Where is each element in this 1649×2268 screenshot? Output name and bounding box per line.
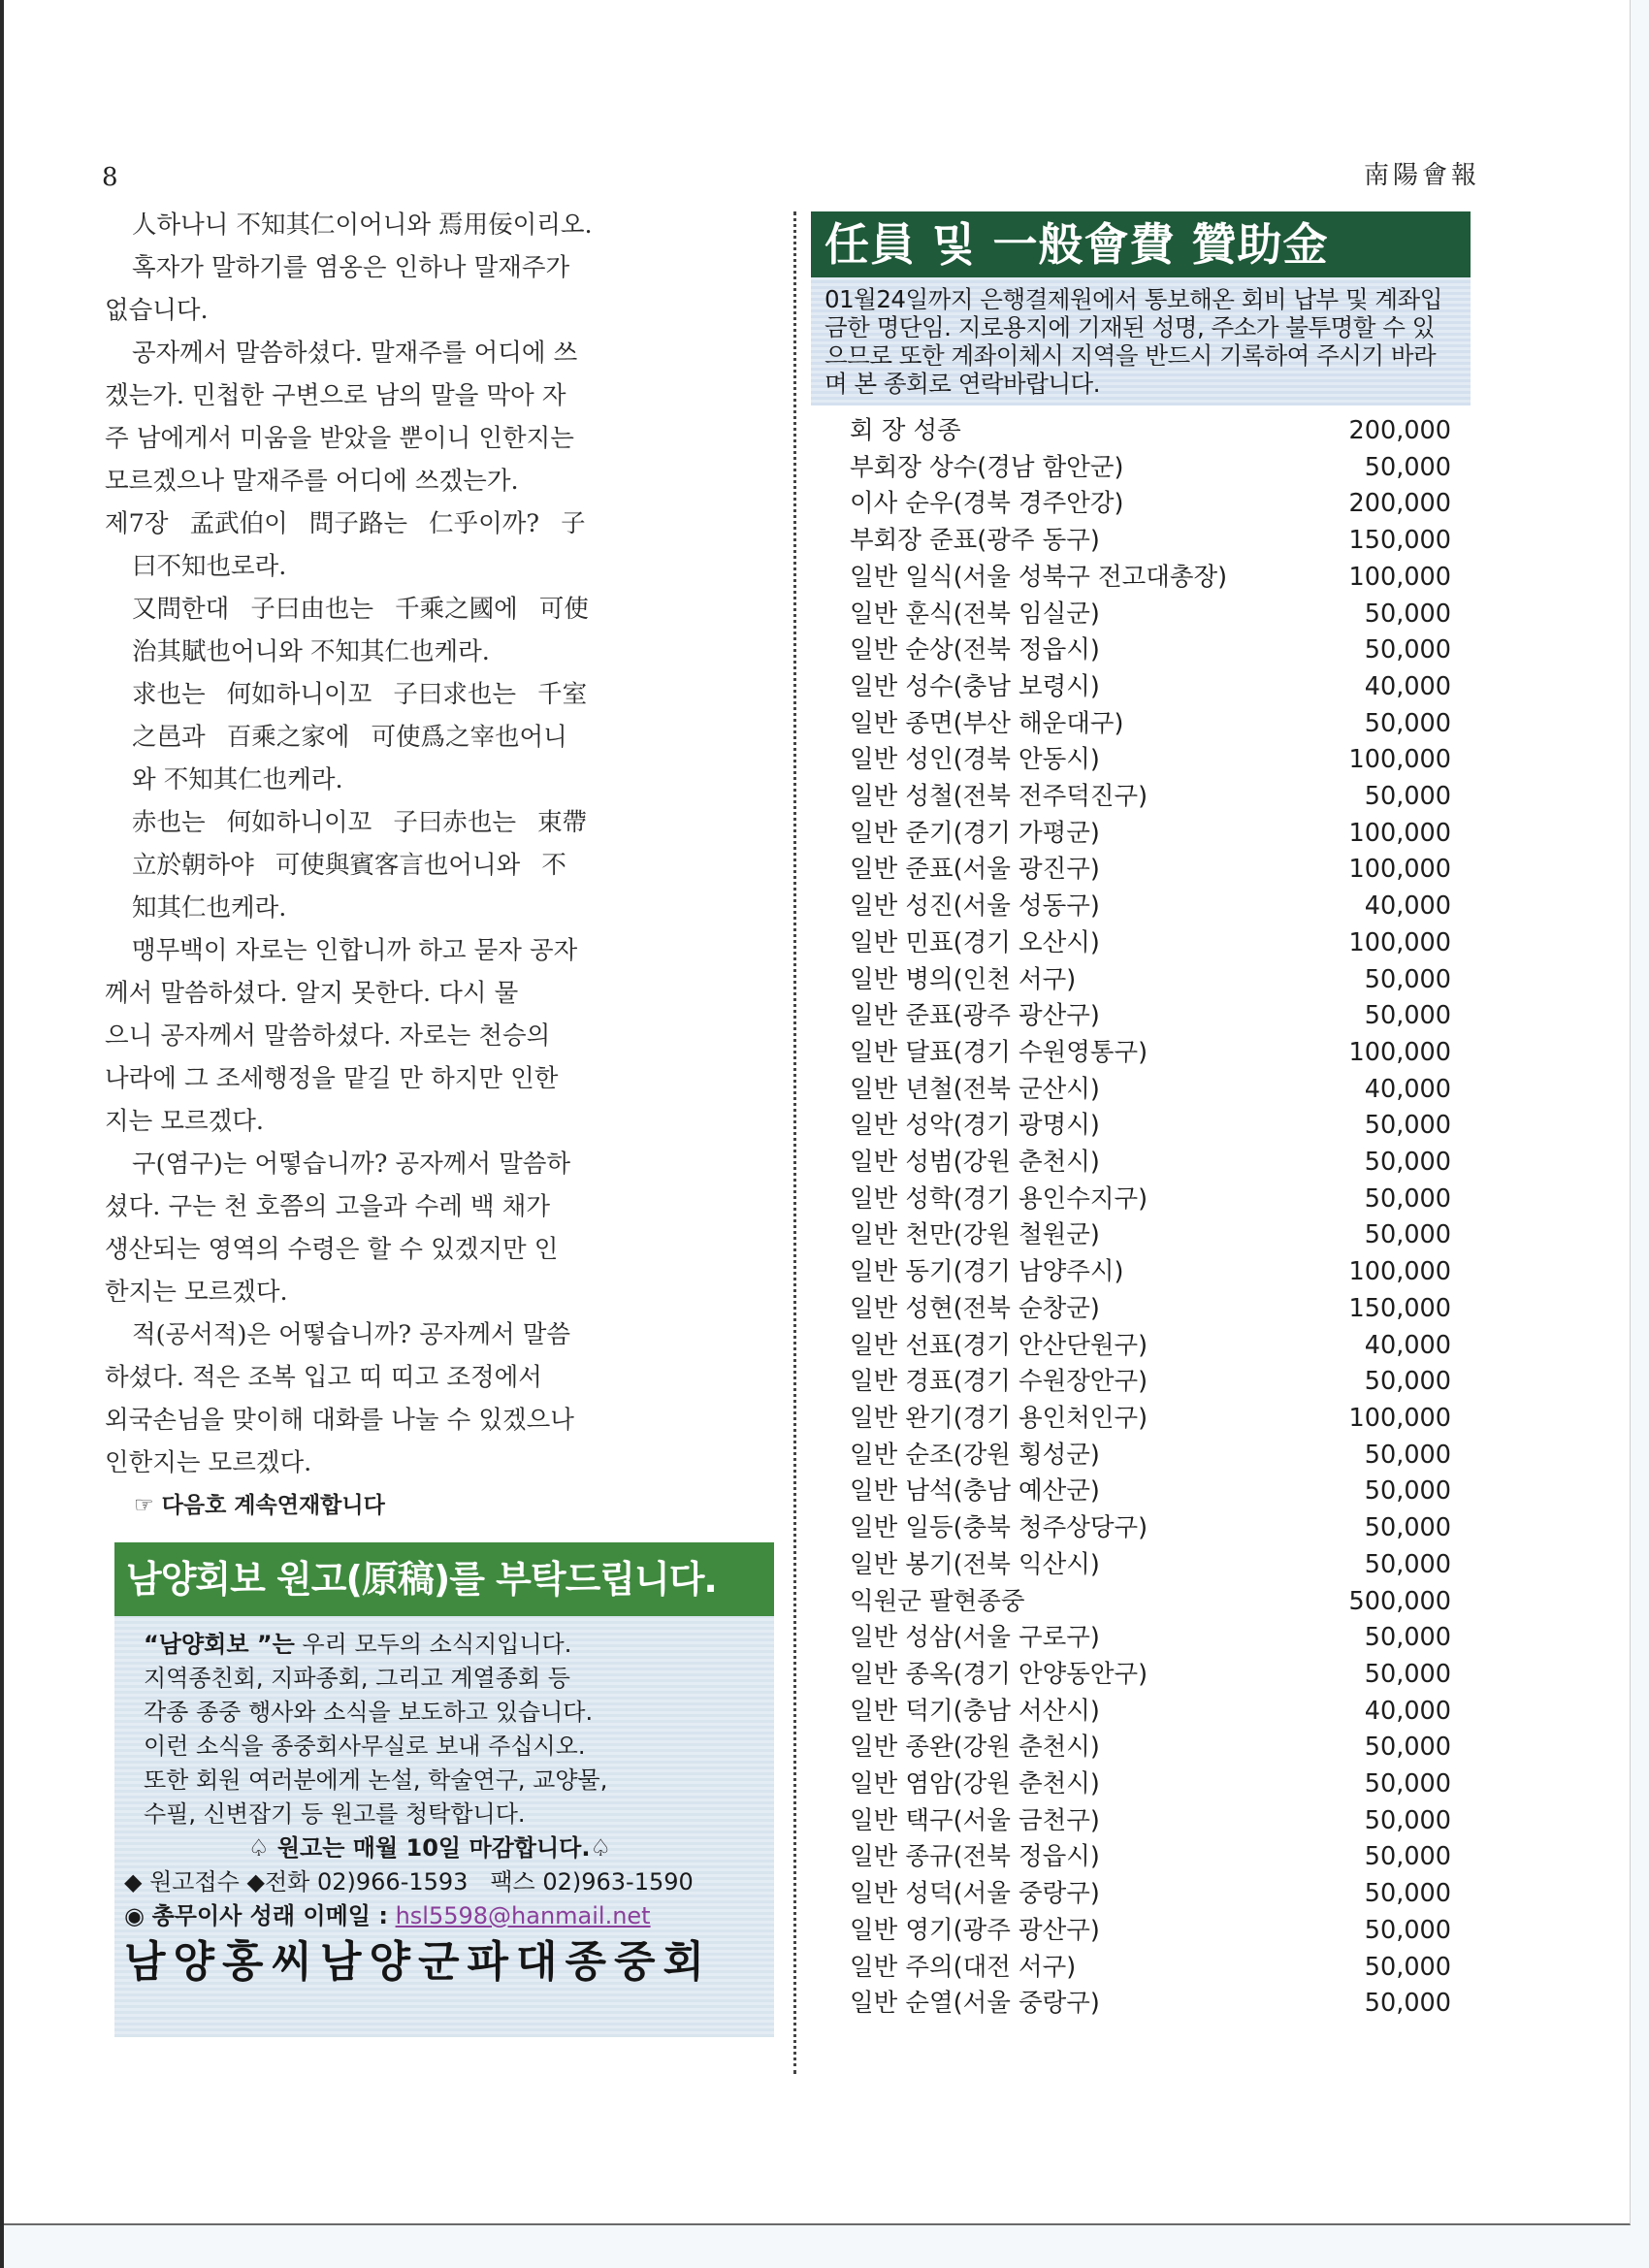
donor-amount: 150,000 — [1349, 523, 1451, 560]
article-line: 求也는 何如하니이꼬 子曰求也는 千室 — [105, 673, 764, 716]
article-line: 曰不知也로라. — [105, 545, 764, 588]
donor-amount: 100,000 — [1349, 1035, 1451, 1072]
donor-name: 일반 종옥(경기 안양동안구) — [850, 1657, 1148, 1694]
donor-name: 일반 성현(전북 순창군) — [850, 1291, 1100, 1328]
donor-amount: 50,000 — [1365, 779, 1451, 816]
donor-row: 일반 일등(충북 청주상당구)50,000 — [850, 1510, 1451, 1547]
donor-row: 일반 준기(경기 가평군)100,000 — [850, 816, 1451, 853]
donor-row: 일반 봉기(전북 익산시)50,000 — [850, 1547, 1451, 1584]
donor-row: 일반 준표(서울 광진구)100,000 — [850, 852, 1451, 889]
organization-name: 남양홍씨남양군파대종중회 — [124, 1933, 764, 1992]
donor-amount: 40,000 — [1365, 1072, 1451, 1109]
phone-label: 전화 — [265, 1868, 309, 1895]
fax-label: 팩스 — [490, 1868, 534, 1895]
continue-note-text: 다음호 계속연재합니다 — [162, 1493, 385, 1518]
ad-lead-rest: 우리 모두의 소식지입니다. — [295, 1631, 572, 1658]
donor-amount: 50,000 — [1365, 1730, 1451, 1766]
donor-name: 일반 종완(강원 춘천시) — [850, 1730, 1100, 1766]
newsletter-page: 8 南陽會報 人하나니 不知其仁이어니와 焉用佞이리오.혹자가 말하기를 염옹은… — [0, 0, 1631, 2225]
donor-amount: 50,000 — [1365, 1364, 1451, 1401]
donor-row: 일반 성삼(서울 구로구)50,000 — [850, 1620, 1451, 1657]
ad-lead-bold: “남양회보 ”는 — [144, 1631, 295, 1658]
donor-amount: 50,000 — [1365, 597, 1451, 633]
article-line: 한지는 모르겠다. — [105, 1271, 764, 1313]
article-line: 께서 말씀하셨다. 알지 못한다. 다시 물 — [105, 972, 764, 1015]
donor-amount: 50,000 — [1365, 1950, 1451, 1987]
ad-line: 각종 종중 행사와 소식을 보도하고 있습니다. — [144, 1696, 764, 1730]
donor-row: 일반 종규(전북 정읍시)50,000 — [850, 1839, 1451, 1876]
donor-name: 일반 동기(경기 남양주시) — [850, 1254, 1123, 1291]
donor-amount: 100,000 — [1349, 852, 1451, 889]
donor-amount: 50,000 — [1365, 632, 1451, 669]
donor-row: 회 장 성종200,000 — [850, 413, 1451, 450]
donor-name: 일반 완기(경기 용인처인구) — [850, 1401, 1148, 1438]
donor-amount: 50,000 — [1365, 1145, 1451, 1182]
donor-name: 일반 성삼(서울 구로구) — [850, 1620, 1100, 1657]
article-line: 人하나니 不知其仁이어니와 焉用佞이리오. — [105, 204, 764, 246]
email-label: 총무이사 성래 이메일 : — [152, 1902, 388, 1929]
donation-title: 任員 및 一般會費 贊助金 — [811, 211, 1471, 277]
donor-row: 일반 병의(인천 서구)50,000 — [850, 962, 1451, 999]
article-line: 외국손님을 맞이해 대화를 나눌 수 있겠으나 — [105, 1399, 764, 1442]
article-line: 공자께서 말씀하셨다. 말재주를 어디에 쓰 — [105, 332, 764, 374]
ad-lead: “남양회보 ”는 우리 모두의 소식지입니다. — [144, 1628, 764, 1662]
donor-name: 일반 준표(서울 광진구) — [850, 852, 1100, 889]
article-line: 맹무백이 자로는 인합니까 하고 묻자 공자 — [105, 929, 764, 972]
spade-icon: ♤ — [248, 1834, 270, 1862]
donor-name: 일반 성수(충남 보령시) — [850, 669, 1100, 706]
donor-row: 일반 택구(서울 금천구)50,000 — [850, 1803, 1451, 1840]
page-number: 8 — [102, 163, 118, 192]
donor-name: 일반 성덕(서울 중랑구) — [850, 1876, 1100, 1913]
donor-name: 부회장 상수(경남 함안군) — [850, 450, 1123, 487]
article-line: 立於朝하야 可使與賓客言也어니와 不 — [105, 844, 764, 887]
donor-amount: 50,000 — [1365, 1620, 1451, 1657]
article-line: 治其賦也어니와 不知其仁也케라. — [105, 631, 764, 673]
donor-name: 일반 순열(서울 중랑구) — [850, 1986, 1100, 2023]
donor-name: 이사 순우(경북 경주안강) — [850, 486, 1123, 523]
donor-amount: 50,000 — [1365, 1876, 1451, 1913]
donor-row: 일반 순상(전북 정읍시)50,000 — [850, 632, 1451, 669]
donor-amount: 150,000 — [1349, 1291, 1451, 1328]
donor-row: 일반 일식(서울 성북구 전고대총장)100,000 — [850, 560, 1451, 597]
ad-contact: ◆ 원고접수 ◆전화 02)966-1593 팩스 02)963-1590 — [124, 1865, 764, 1899]
donor-name: 일반 택구(서울 금천구) — [850, 1803, 1100, 1840]
article-column: 人하나니 不知其仁이어니와 焉用佞이리오.혹자가 말하기를 염옹은 인하나 말재… — [105, 204, 764, 1527]
ad-line: 이런 소식을 종중회사무실로 보내 주십시오. — [144, 1730, 764, 1764]
article-line: 으니 공자께서 말씀하셨다. 자로는 천승의 — [105, 1015, 764, 1057]
donor-row: 일반 영기(광주 광산구)50,000 — [850, 1913, 1451, 1950]
article-line: 모르겠으나 말재주를 어디에 쓰겠는가. — [105, 460, 764, 502]
donor-row: 일반 순열(서울 중랑구)50,000 — [850, 1986, 1451, 2023]
donor-name: 일반 일등(충북 청주상당구) — [850, 1510, 1148, 1547]
donor-name: 일반 덕기(충남 서산시) — [850, 1694, 1100, 1731]
continue-note: ☞ 다음호 계속연재합니다 — [105, 1484, 764, 1527]
donor-name: 일반 경표(경기 수원장안구) — [850, 1364, 1148, 1401]
donor-name: 일반 영기(광주 광산구) — [850, 1913, 1100, 1950]
donor-amount: 50,000 — [1365, 1803, 1451, 1840]
donor-name: 일반 훈식(전북 임실군) — [850, 597, 1100, 633]
article-line: 주 남에게서 미움을 받았을 뿐이니 인한지는 — [105, 417, 764, 460]
donation-notice: 01월24일까지 은행결제원에서 통보해온 회비 납부 및 계좌입금한 명단임.… — [811, 277, 1471, 405]
article-line: 겠는가. 민첩한 구변으로 남의 말을 막아 자 — [105, 374, 764, 417]
donor-row: 일반 성범(강원 춘천시)50,000 — [850, 1145, 1451, 1182]
donor-row: 일반 준표(광주 광산구)50,000 — [850, 998, 1451, 1035]
pointing-hand-icon: ☞ — [134, 1493, 154, 1518]
article-line: 지는 모르겠다. — [105, 1100, 764, 1143]
donor-amount: 50,000 — [1365, 1108, 1451, 1145]
donor-row: 일반 종면(부산 해운대구)50,000 — [850, 706, 1451, 743]
donor-row: 일반 성학(경기 용인수지구)50,000 — [850, 1182, 1451, 1218]
ad-line: 지역종친회, 지파종회, 그리고 계열종회 등 — [144, 1662, 764, 1696]
donor-amount: 50,000 — [1365, 1986, 1451, 2023]
donor-name: 일반 성진(서울 성동구) — [850, 889, 1100, 925]
donor-amount: 200,000 — [1349, 413, 1451, 450]
donor-amount: 50,000 — [1365, 450, 1451, 487]
donor-name: 일반 성인(경북 안동시) — [850, 742, 1100, 779]
donor-amount: 50,000 — [1365, 1839, 1451, 1876]
article-line: 인한지는 모르겠다. — [105, 1442, 764, 1484]
donor-amount: 50,000 — [1365, 1510, 1451, 1547]
donor-name: 일반 병의(인천 서구) — [850, 962, 1076, 999]
column-divider — [793, 211, 796, 2074]
article-line: 하셨다. 적은 조복 입고 띠 띠고 조정에서 — [105, 1356, 764, 1399]
donor-row: 일반 순조(강원 횡성군)50,000 — [850, 1438, 1451, 1474]
article-line: 제7장 孟武伯이 問子路는 仁乎이까? 子 — [105, 502, 764, 545]
donor-row: 일반 종옥(경기 안양동안구)50,000 — [850, 1657, 1451, 1694]
donor-row: 익원군 팔현종중500,000 — [850, 1584, 1451, 1621]
article-line: 나라에 그 조세행정을 맡길 만 하지만 인한 — [105, 1057, 764, 1100]
ad-body: “남양회보 ”는 우리 모두의 소식지입니다. 지역종친회, 지파종회, 그리고… — [114, 1616, 774, 1992]
article-line: 없습니다. — [105, 289, 764, 332]
donor-amount: 50,000 — [1365, 1182, 1451, 1218]
donor-name: 일반 봉기(전북 익산시) — [850, 1547, 1100, 1584]
donor-row: 일반 성수(충남 보령시)40,000 — [850, 669, 1451, 706]
donor-amount: 50,000 — [1365, 1438, 1451, 1474]
diamond-icon: ◆ — [124, 1868, 142, 1895]
donor-amount: 40,000 — [1365, 1694, 1451, 1731]
bullseye-icon: ◉ — [124, 1902, 145, 1929]
donor-amount: 50,000 — [1365, 1547, 1451, 1584]
donor-row: 이사 순우(경북 경주안강)200,000 — [850, 486, 1451, 523]
donor-amount: 100,000 — [1349, 1254, 1451, 1291]
donor-row: 일반 성철(전북 전주덕진구)50,000 — [850, 779, 1451, 816]
donor-amount: 100,000 — [1349, 742, 1451, 779]
donor-name: 일반 일식(서울 성북구 전고대총장) — [850, 560, 1227, 597]
donor-row: 일반 염암(강원 춘천시)50,000 — [850, 1766, 1451, 1803]
donor-name: 익원군 팔현종중 — [850, 1584, 1025, 1621]
donor-row: 일반 훈식(전북 임실군)50,000 — [850, 597, 1451, 633]
donor-row: 일반 남석(충남 예산군)50,000 — [850, 1474, 1451, 1510]
donor-amount: 50,000 — [1365, 1217, 1451, 1254]
donor-amount: 50,000 — [1365, 1657, 1451, 1694]
email-link[interactable]: hsl5598@hanmail.net — [396, 1902, 651, 1929]
donor-name: 일반 성범(강원 춘천시) — [850, 1145, 1100, 1182]
donor-row: 일반 년철(전북 군산시)40,000 — [850, 1072, 1451, 1109]
article-line: 之邑과 百乘之家에 可使爲之宰也어니 — [105, 716, 764, 759]
phone-number: 02)966-1593 — [317, 1868, 468, 1895]
donor-name: 일반 염암(강원 춘천시) — [850, 1766, 1100, 1803]
donor-name: 일반 성학(경기 용인수지구) — [850, 1182, 1148, 1218]
ad-deadline: ♤ 원고는 매월 10일 마감합니다.♤ — [144, 1831, 764, 1865]
article-body: 人하나니 不知其仁이어니와 焉用佞이리오.혹자가 말하기를 염옹은 인하나 말재… — [105, 204, 764, 1484]
donor-name: 일반 주의(대전 서구) — [850, 1950, 1076, 1987]
manuscript-request-box: 남양회보 원고(原稿)를 부탁드립니다. “남양회보 ”는 우리 모두의 소식지… — [114, 1542, 774, 2037]
donor-name: 일반 준기(경기 가평군) — [850, 816, 1100, 853]
donor-amount: 50,000 — [1365, 1913, 1451, 1950]
donor-row: 일반 성진(서울 성동구)40,000 — [850, 889, 1451, 925]
donor-row: 일반 성현(전북 순창군)150,000 — [850, 1291, 1451, 1328]
article-line: 적(공서적)은 어떻습니까? 공자께서 말씀 — [105, 1313, 764, 1356]
donor-row: 부회장 준표(광주 동구)150,000 — [850, 523, 1451, 560]
scan-edge — [0, 0, 4, 2268]
donor-row: 일반 덕기(충남 서산시)40,000 — [850, 1694, 1451, 1731]
donor-amount: 50,000 — [1365, 1766, 1451, 1803]
donor-amount: 40,000 — [1365, 1328, 1451, 1365]
ad-email-line: ◉ 총무이사 성래 이메일 : hsl5598@hanmail.net — [124, 1899, 764, 1933]
article-line: 구(염구)는 어떻습니까? 공자께서 말씀하 — [105, 1143, 764, 1185]
donor-row: 일반 성인(경북 안동시)100,000 — [850, 742, 1451, 779]
donor-row: 일반 종완(강원 춘천시)50,000 — [850, 1730, 1451, 1766]
donor-amount: 50,000 — [1365, 706, 1451, 743]
donor-amount: 50,000 — [1365, 998, 1451, 1035]
donor-name: 일반 준표(광주 광산구) — [850, 998, 1100, 1035]
donor-row: 일반 민표(경기 오산시)100,000 — [850, 925, 1451, 962]
ad-line: 수필, 신변잡기 등 원고를 청탁합니다. — [144, 1798, 764, 1831]
donor-name: 일반 민표(경기 오산시) — [850, 925, 1100, 962]
donor-amount: 100,000 — [1349, 925, 1451, 962]
donor-name: 일반 선표(경기 안산단원구) — [850, 1328, 1148, 1365]
article-line: 혹자가 말하기를 염옹은 인하나 말재주가 — [105, 246, 764, 289]
fax-number: 02)963-1590 — [542, 1868, 693, 1895]
donor-amount: 40,000 — [1365, 889, 1451, 925]
article-line: 知其仁也케라. — [105, 887, 764, 929]
donor-amount: 200,000 — [1349, 486, 1451, 523]
donor-name: 부회장 준표(광주 동구) — [850, 523, 1100, 560]
donor-amount: 50,000 — [1365, 1474, 1451, 1510]
article-line: 와 不知其仁也케라. — [105, 759, 764, 801]
donor-row: 부회장 상수(경남 함안군)50,000 — [850, 450, 1451, 487]
article-line: 赤也는 何如하니이꼬 子曰赤也는 束帶 — [105, 801, 764, 844]
donor-list: 회 장 성종200,000부회장 상수(경남 함안군)50,000이사 순우(경… — [811, 413, 1451, 2023]
spade-icon: ♤ — [590, 1834, 611, 1862]
donor-row: 일반 완기(경기 용인처인구)100,000 — [850, 1401, 1451, 1438]
donor-amount: 100,000 — [1349, 816, 1451, 853]
donor-row: 일반 동기(경기 남양주시)100,000 — [850, 1254, 1451, 1291]
article-line: 셨다. 구는 천 호쯤의 고을과 수레 백 채가 — [105, 1185, 764, 1228]
masthead: 南陽會報 — [1364, 155, 1480, 191]
deadline-text: 원고는 매월 10일 마감합니다. — [277, 1834, 591, 1862]
contact-label: 원고접수 — [149, 1868, 240, 1895]
donor-row: 일반 선표(경기 안산단원구)40,000 — [850, 1328, 1451, 1365]
donor-amount: 50,000 — [1365, 962, 1451, 999]
donor-name: 일반 순조(강원 횡성군) — [850, 1438, 1100, 1474]
donor-name: 일반 년철(전북 군산시) — [850, 1072, 1100, 1109]
donor-row: 일반 주의(대전 서구)50,000 — [850, 1950, 1451, 1987]
ad-line: 또한 회원 여러분에게 논설, 학술연구, 교양물, — [144, 1764, 764, 1798]
donor-name: 일반 종면(부산 해운대구) — [850, 706, 1123, 743]
donor-name: 일반 성악(경기 광명시) — [850, 1108, 1100, 1145]
donor-row: 일반 성덕(서울 중랑구)50,000 — [850, 1876, 1451, 1913]
donor-name: 일반 남석(충남 예산군) — [850, 1474, 1100, 1510]
donor-name: 일반 천만(강원 철원군) — [850, 1217, 1100, 1254]
donor-name: 일반 순상(전북 정읍시) — [850, 632, 1100, 669]
article-line: 又問한대 子曰由也는 千乘之國에 可使 — [105, 588, 764, 631]
donor-row: 일반 달표(경기 수원영통구)100,000 — [850, 1035, 1451, 1072]
donor-name: 일반 성철(전북 전주덕진구) — [850, 779, 1148, 816]
ad-title: 남양회보 원고(原稿)를 부탁드립니다. — [114, 1542, 774, 1616]
article-line: 생산되는 영역의 수령은 할 수 있겠지만 인 — [105, 1228, 764, 1271]
donor-amount: 40,000 — [1365, 669, 1451, 706]
donor-name: 일반 달표(경기 수원영통구) — [850, 1035, 1148, 1072]
donor-amount: 500,000 — [1349, 1584, 1451, 1621]
donor-row: 일반 경표(경기 수원장안구)50,000 — [850, 1364, 1451, 1401]
donor-name: 회 장 성종 — [850, 413, 961, 450]
donor-row: 일반 천만(강원 철원군)50,000 — [850, 1217, 1451, 1254]
diamond-icon: ◆ — [247, 1868, 265, 1895]
donor-amount: 100,000 — [1349, 560, 1451, 597]
donor-row: 일반 성악(경기 광명시)50,000 — [850, 1108, 1451, 1145]
donation-section: 任員 및 一般會費 贊助金 01월24일까지 은행결제원에서 통보해온 회비 납… — [811, 211, 1471, 2023]
donor-amount: 100,000 — [1349, 1401, 1451, 1438]
donor-name: 일반 종규(전북 정읍시) — [850, 1839, 1100, 1876]
